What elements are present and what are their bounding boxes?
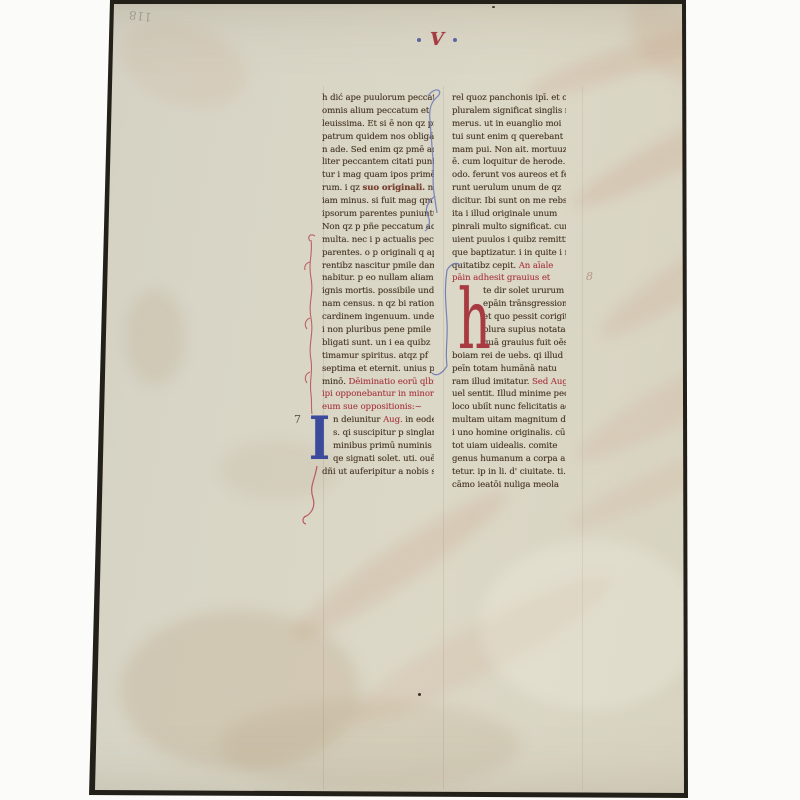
parchment-stain (565, 75, 800, 221)
text-line: mam pui. Non ait. mortuuz (452, 144, 566, 157)
text-line: ē. cum loquitur de herode. m (452, 156, 566, 169)
text-line: merus. ut in euanglio moi (452, 118, 566, 131)
text-line: que baptizatur. i in quite i mi (452, 247, 566, 260)
text-line: pinrali multo significat. cum (452, 221, 566, 234)
parchment-stain (336, 558, 624, 743)
text-line: cāmo ieatōi nuliga meola (452, 479, 566, 492)
blue-dot-icon (417, 38, 421, 42)
margin-number-8: 8 (586, 270, 593, 283)
text-line: loco ubiīt nunc felicitatis ad (452, 401, 566, 414)
text-line: n deiunitur Aug. in eodem (322, 414, 434, 427)
text-line: ipsorum parentes puniuntur. (322, 208, 434, 221)
text-line: ipi opponebantur in minori (322, 388, 434, 401)
parchment-stain (563, 431, 758, 540)
parchment-stain (566, 307, 800, 476)
text-line: minibus primū numinis se (322, 440, 434, 453)
parchment-stain (125, 290, 185, 385)
text-line: odo. ferunt vos aureos et fece (452, 169, 566, 182)
text-line: rum. i qz suo originali. non (322, 182, 434, 195)
manuscript-scan: { "page": { "heading_numeral": "V", "pen… (0, 0, 800, 800)
blue-dot-icon (453, 38, 457, 42)
text-line: quitatibz cepit. An aīale (452, 260, 566, 273)
text-line: eum sue oppositionis:~ (322, 401, 434, 414)
text-line: dñi ut auferipitur a nobis spē (322, 466, 434, 479)
parchment-stain (588, 188, 800, 352)
text-line: iam minus. si fuit mag qm (322, 195, 434, 208)
red-penwork-left-margin (305, 235, 315, 414)
text-line: dicitur. Ibi sunt on me rebs (452, 195, 566, 208)
parchment-stain (111, 7, 259, 123)
text-line: minō. Dēiminatio eorū qlbz (322, 376, 434, 389)
text-line: genus humanum a corpa a (452, 453, 566, 466)
parchment-highlight (480, 540, 700, 710)
running-title: V (417, 29, 457, 50)
text-line: parentes. o p originali q apa (322, 247, 434, 260)
text-line: tot uiam uidealis. comite (452, 440, 566, 453)
text-line: i non pluribus pene pmile o (322, 324, 434, 337)
text-line: timamur spiritus. atqz pf (322, 350, 434, 363)
text-line: n ade. Sed enim qz pmē actua (322, 144, 434, 157)
text-line: tetur. ip in li. d' ciuitate. ti. (452, 466, 566, 479)
text-line: nabitur. p eo nullam aliam (322, 272, 434, 285)
ruling-line (443, 86, 444, 790)
parchment-stain (614, 0, 737, 103)
text-line: ram illud imitatur. Sed Aug (452, 376, 566, 389)
text-line: ignis mortis. possibile unde pe (322, 285, 434, 298)
text-line: nam census. n qz bi ratione (322, 298, 434, 311)
red-penwork-initial-i (303, 466, 317, 524)
text-line: liter peccantem citati punit (322, 156, 434, 169)
text-line: cardinem ingenuum. unde qz (322, 311, 434, 324)
parchment: V 118 7 8 h dić ape puulorum peccatūomni… (0, 0, 800, 800)
text-line: tui sunt enim q querebant ani (452, 131, 566, 144)
text-line: h dić ape puulorum peccatū (322, 92, 434, 105)
book-numeral: V (430, 29, 444, 50)
text-line: leuissima. Et si ē non qz pñe (322, 118, 434, 131)
text-line: Non qz p pñe peccatum ad (322, 221, 434, 234)
text-column-left: h dić ape puulorum peccatūomnis alium pe… (322, 92, 434, 479)
ink-speck (418, 693, 421, 696)
text-line: patrum quidem nos obligāt (322, 131, 434, 144)
text-line: multam uitam magnitum dīt (452, 414, 566, 427)
text-line: i uno homine originalis. cū (452, 427, 566, 440)
pencil-folio-mark: 118 (128, 8, 152, 25)
photo-frame: V 118 7 8 h dić ape puulorum peccatūomni… (0, 0, 800, 800)
parchment-stain (120, 610, 360, 770)
text-line: omnis alium peccatum et (322, 105, 434, 118)
initial-h-red: h (458, 280, 491, 362)
text-line: tur i mag quam ipos primē (322, 169, 434, 182)
text-line: uel sentit. Illud minime pecat i (452, 388, 566, 401)
text-line: septima et eternit. unius plura (322, 363, 434, 376)
ink-speck (492, 6, 495, 8)
margin-number-7: 7 (294, 413, 301, 426)
parchment-stain (220, 700, 520, 790)
text-line: qe signati solet. uti. ouē ad (322, 453, 434, 466)
ruling-line (582, 86, 583, 790)
text-line: ita i illud originale unum (452, 208, 566, 221)
text-line: s. qi suscipitur p singlari in (322, 427, 434, 440)
text-line: rel quoz panchonis ipī. et ob p (452, 92, 566, 105)
text-line: runt uerulum unum de qz (452, 182, 566, 195)
text-line: rentibz nascitur pmile damp (322, 260, 434, 273)
text-line: pluralem significat singlis nu (452, 105, 566, 118)
initial-i-blue: I (309, 409, 330, 469)
text-line: bligati sunt. un i ea quibz (322, 337, 434, 350)
text-line: uient puulos i quibz remittit (452, 234, 566, 247)
text-line: multa. nec i p actualis pec (322, 234, 434, 247)
parchment-stain (281, 476, 519, 655)
